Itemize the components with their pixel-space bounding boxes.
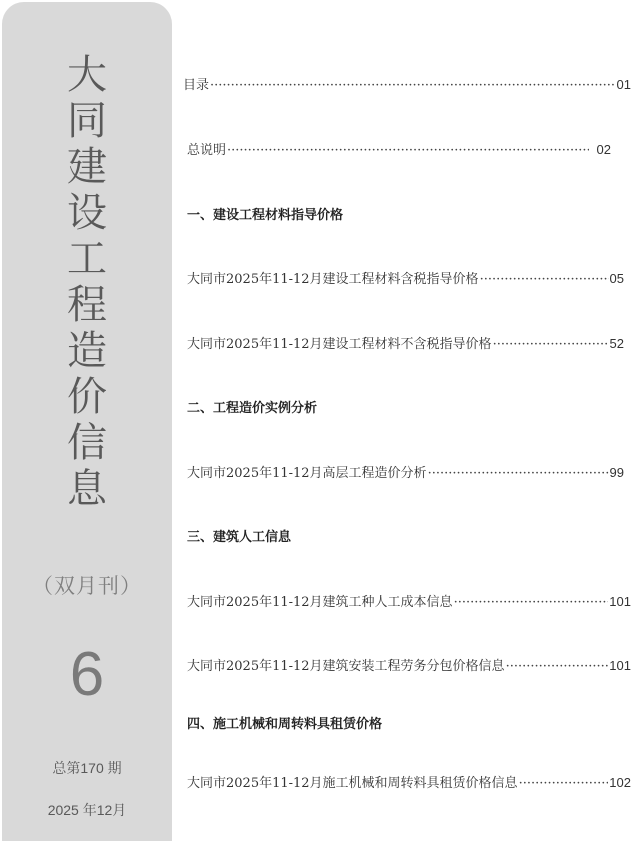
publication-frequency: （双月刊） — [2, 570, 172, 600]
toc-entry-page: 02 — [597, 142, 611, 157]
cover-sidebar: 大 同 建 设 工 程 造 价 信 息 （双月刊） 6 总第170 期 2025… — [2, 2, 172, 841]
dot-leader — [227, 143, 589, 158]
issue-number: 6 — [2, 640, 172, 710]
toc-item-page: 05 — [610, 271, 624, 286]
toc-item-page: 99 — [610, 465, 624, 480]
toc-entry-label: 目录 — [183, 74, 209, 93]
title-char: 建 — [2, 144, 172, 190]
issue-date: 2025 年12月 — [2, 800, 172, 820]
title-char: 价 — [2, 374, 172, 420]
title-char: 工 — [2, 236, 172, 282]
toc-item-label: 大同市2025年11-12月施工机械和周转料具租赁价格信息 — [187, 772, 518, 791]
title-char: 同 — [2, 98, 172, 144]
title-char: 息 — [2, 466, 172, 512]
toc-item-label: 大同市2025年11-12月建设工程材料不含税指导价格 — [187, 333, 492, 352]
publication-title: 大 同 建 设 工 程 造 价 信 息 — [2, 52, 172, 512]
toc-item[interactable]: 大同市2025年11-12月建设工程材料含税指导价格 05 — [187, 268, 624, 287]
title-char: 信 — [2, 420, 172, 466]
toc-entry-page: 01 — [617, 77, 631, 92]
section-heading-2: 二、工程造价实例分析 — [187, 397, 317, 416]
toc-item-page: 101 — [609, 594, 631, 609]
toc-entry-label: 总说明 — [187, 139, 226, 158]
dot-leader — [428, 466, 609, 481]
dot-leader — [506, 659, 609, 674]
title-char: 程 — [2, 282, 172, 328]
title-char: 大 — [2, 52, 172, 98]
toc-item-page: 102 — [609, 775, 631, 790]
title-char: 造 — [2, 328, 172, 374]
toc-item[interactable]: 大同市2025年11-12月施工机械和周转料具租赁价格信息 102 — [187, 772, 631, 791]
toc-item[interactable]: 大同市2025年11-12月建筑安装工程劳务分包价格信息 101 — [187, 655, 631, 674]
dot-leader — [454, 595, 609, 610]
total-issue: 总第170 期 — [2, 758, 172, 778]
toc-item[interactable]: 大同市2025年11-12月建设工程材料不含税指导价格 52 — [187, 333, 624, 352]
toc-entry-contents[interactable]: 目录 01 — [183, 74, 631, 93]
dot-leader — [493, 337, 609, 352]
toc-item-label: 大同市2025年11-12月建筑工种人工成本信息 — [187, 591, 453, 610]
dot-leader — [480, 272, 609, 287]
section-heading-3: 三、建筑人工信息 — [187, 526, 291, 545]
toc-item-label: 大同市2025年11-12月高层工程造价分析 — [187, 462, 427, 481]
section-heading-1: 一、建设工程材料指导价格 — [187, 204, 343, 223]
section-heading-4: 四、施工机械和周转料具租赁价格 — [187, 713, 382, 732]
toc-item-page: 52 — [610, 336, 624, 351]
toc-entry-general-notes[interactable]: 总说明 02 — [187, 139, 611, 158]
toc-item[interactable]: 大同市2025年11-12月高层工程造价分析 99 — [187, 462, 624, 481]
toc-item-label: 大同市2025年11-12月建设工程材料含税指导价格 — [187, 268, 479, 287]
toc-item[interactable]: 大同市2025年11-12月建筑工种人工成本信息 101 — [187, 591, 631, 610]
toc-item-page: 101 — [609, 658, 631, 673]
dot-leader — [519, 776, 609, 791]
dot-leader — [210, 78, 616, 93]
title-char: 设 — [2, 190, 172, 236]
toc-item-label: 大同市2025年11-12月建筑安装工程劳务分包价格信息 — [187, 655, 505, 674]
